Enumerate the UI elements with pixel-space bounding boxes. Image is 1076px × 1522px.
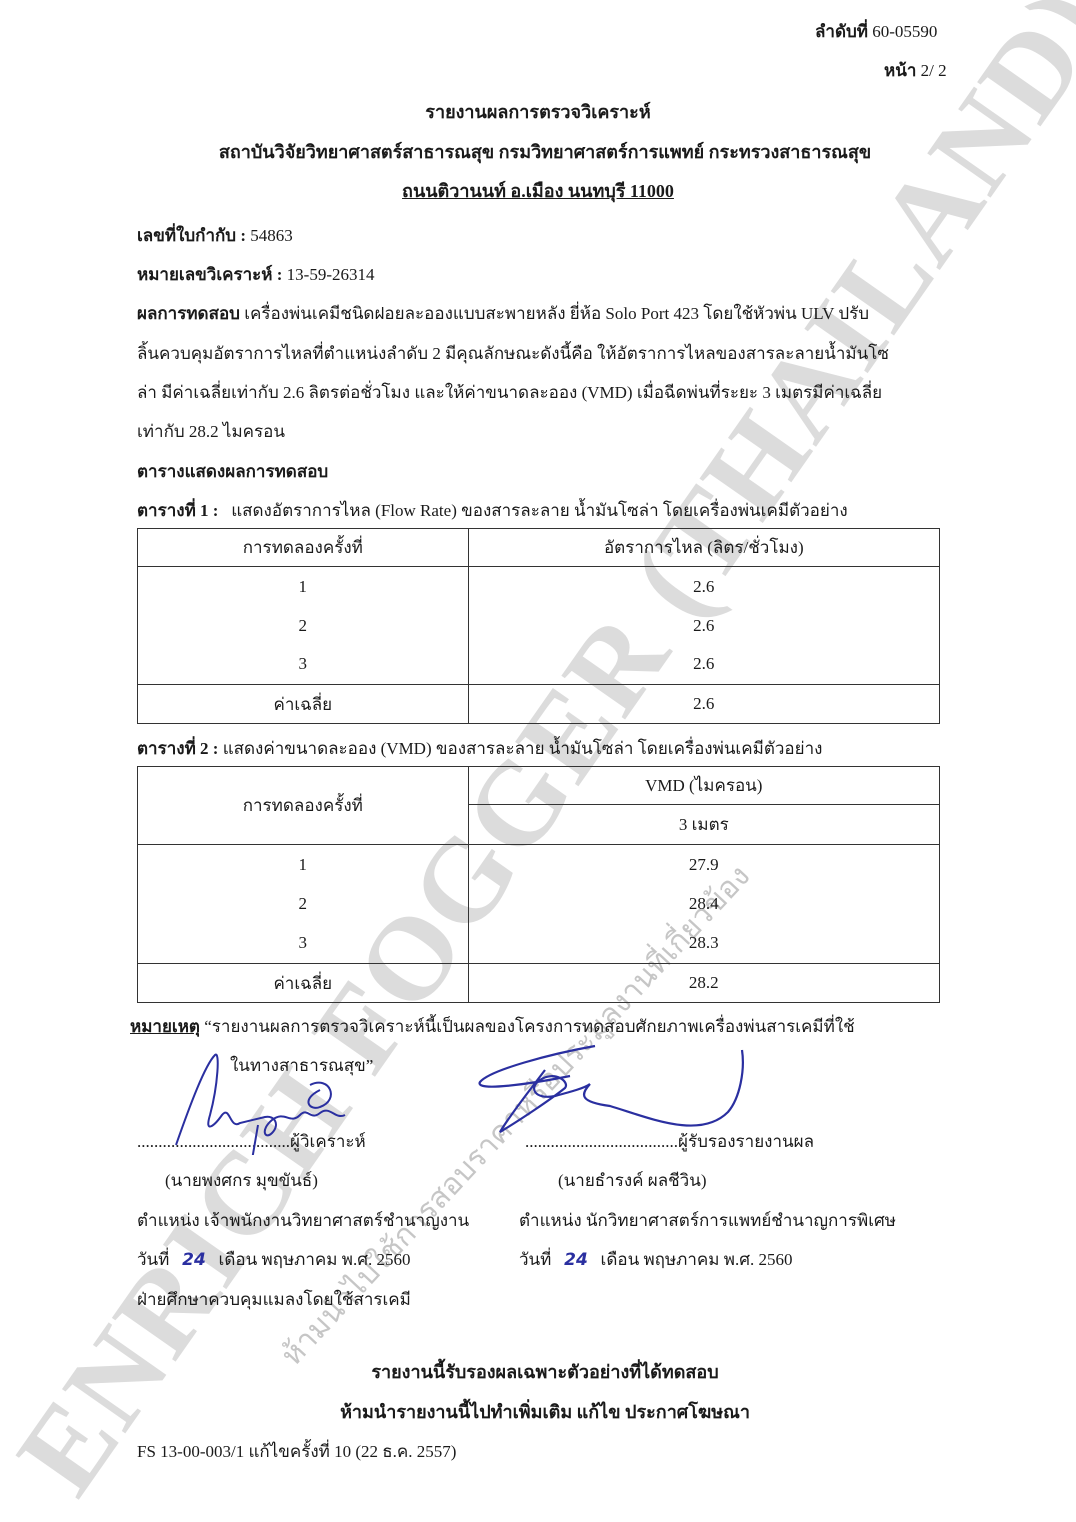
sequence-label: ลำดับที่ bbox=[815, 22, 868, 41]
analyst-date-suffix: เดือน พฤษภาคม พ.ศ. 2560 bbox=[219, 1250, 411, 1269]
table1-value: 2.6 bbox=[468, 607, 939, 645]
result-text-1: เครื่องพ่นเคมีชนิดฝอยละอองแบบสะพายหลัง ย… bbox=[244, 304, 869, 323]
table1-caption-label: ตารางที่ 1 : bbox=[137, 501, 218, 520]
table2-trial: 3 bbox=[138, 924, 469, 964]
result-line-1: ผลการทดสอบ เครื่องพ่นเคมีชนิดฝอยละอองแบบ… bbox=[137, 300, 869, 327]
report-title: รายงานผลการตรวจวิเคราะห์ bbox=[0, 97, 1076, 126]
certifier-date-day: 24 bbox=[564, 1250, 588, 1270]
table2-col1-header: การทดลองครั้งที่ bbox=[138, 767, 469, 845]
table2-value: 28.4 bbox=[468, 885, 939, 924]
analyst-position: ตำแหน่ง เจ้าพนักงานวิทยาศาสตร์ชำนาญงาน bbox=[137, 1207, 469, 1234]
table2-caption-text: แสดงค่าขนาดละออง (VMD) ของสารละลาย น้ำมั… bbox=[223, 739, 823, 758]
report-page: ENRICH FOGGER (THAILAND) CO.,LTD. ห้ามนำ… bbox=[0, 0, 1076, 1522]
note-text-1: “รายงานผลการตรวจวิเคราะห์นี้เป็นผลของโคร… bbox=[204, 1017, 854, 1036]
table-row: 2 28.4 bbox=[138, 885, 940, 924]
table-row: 3 2.6 bbox=[138, 645, 940, 685]
table1-col2-header: อัตราการไหล (ลิตร/ชั่วโมง) bbox=[468, 529, 939, 567]
table2-caption: ตารางที่ 2 : แสดงค่าขนาดละออง (VMD) ของส… bbox=[137, 735, 822, 762]
analysis-value: 13-59-26314 bbox=[287, 265, 375, 284]
vmd-table: การทดลองครั้งที่ VMD (ไมครอน) 3 เมตร 1 2… bbox=[137, 766, 940, 1003]
table2-average-row: ค่าเฉลี่ย 28.2 bbox=[138, 964, 940, 1003]
table1-avg-label: ค่าเฉลี่ย bbox=[138, 685, 469, 724]
analysis-label: หมายเลขวิเคราะห์ : bbox=[137, 265, 282, 284]
table2-avg-value: 28.2 bbox=[468, 964, 939, 1003]
flow-rate-table: การทดลองครั้งที่ อัตราการไหล (ลิตร/ชั่วโ… bbox=[137, 528, 940, 724]
table2-trial: 2 bbox=[138, 885, 469, 924]
sequence-value: 60-05590 bbox=[872, 22, 937, 41]
table1-trial: 3 bbox=[138, 645, 469, 685]
institute-name: สถาบันวิจัยวิทยาศาสตร์สาธารณสุข กรมวิทยา… bbox=[0, 137, 1076, 166]
table1-trial: 2 bbox=[138, 607, 469, 645]
analyst-date: วันที่ 24 เดือน พฤษภาคม พ.ศ. 2560 bbox=[137, 1246, 411, 1273]
analyst-signature bbox=[160, 1045, 360, 1155]
footer-certification: รายงานนี้รับรองผลเฉพาะตัวอย่างที่ได้ทดสอ… bbox=[0, 1357, 1076, 1386]
table1-trial: 1 bbox=[138, 567, 469, 607]
table2-col2-header: VMD (ไมครอน) bbox=[468, 767, 939, 805]
analyst-date-day: 24 bbox=[182, 1250, 206, 1270]
certifier-position: ตำแหน่ง นักวิทยาศาสตร์การแพทย์ชำนาญการพิ… bbox=[519, 1207, 896, 1234]
table1-col1-header: การทดลองครั้งที่ bbox=[138, 529, 469, 567]
table2-value: 28.3 bbox=[468, 924, 939, 964]
analyst-unit: ฝ่ายศึกษาควบคุมแมลงโดยใช้สารเคมี bbox=[137, 1286, 411, 1313]
table2-value: 27.9 bbox=[468, 845, 939, 885]
table-row: 3 28.3 bbox=[138, 924, 940, 964]
table-row: 1 2.6 bbox=[138, 567, 940, 607]
certifier-date: วันที่ 24 เดือน พฤษภาคม พ.ศ. 2560 bbox=[519, 1246, 793, 1273]
table1-avg-value: 2.6 bbox=[468, 685, 939, 724]
certifier-signature bbox=[470, 1040, 760, 1140]
table-row: 2 2.6 bbox=[138, 607, 940, 645]
table2-header-row: การทดลองครั้งที่ VMD (ไมครอน) bbox=[138, 767, 940, 805]
certifier-date-suffix: เดือน พฤษภาคม พ.ศ. 2560 bbox=[601, 1250, 793, 1269]
table2-caption-label: ตารางที่ 2 : bbox=[137, 739, 218, 758]
table2-avg-label: ค่าเฉลี่ย bbox=[138, 964, 469, 1003]
table1-header-row: การทดลองครั้งที่ อัตราการไหล (ลิตร/ชั่วโ… bbox=[138, 529, 940, 567]
note-label: หมายเหตุ bbox=[130, 1017, 200, 1036]
table2-trial: 1 bbox=[138, 845, 469, 885]
supervision-label: เลขที่ใบกำกับ : bbox=[137, 226, 246, 245]
analyst-date-prefix: วันที่ bbox=[137, 1250, 169, 1269]
page-value: 2/ 2 bbox=[921, 61, 947, 80]
footer-prohibition: ห้ามนำรายงานนี้ไปทำเพิ่มเติม แก้ไข ประกา… bbox=[0, 1397, 1076, 1426]
certifier-date-prefix: วันที่ bbox=[519, 1250, 551, 1269]
form-code: FS 13-00-003/1 แก้ไขครั้งที่ 10 (22 ธ.ค.… bbox=[137, 1438, 456, 1465]
result-line-3: ล่า มีค่าเฉลี่ยเท่ากับ 2.6 ลิตรต่อชั่วโม… bbox=[137, 379, 882, 406]
result-label: ผลการทดสอบ bbox=[137, 304, 240, 323]
supervision-value: 54863 bbox=[250, 226, 293, 245]
sequence-number: ลำดับที่ 60-05590 bbox=[815, 18, 937, 45]
table2-col2-subheader: 3 เมตร bbox=[468, 805, 939, 845]
table1-value: 2.6 bbox=[468, 645, 939, 685]
result-line-4: เท่ากับ 28.2 ไมครอน bbox=[137, 418, 285, 445]
table1-average-row: ค่าเฉลี่ย 2.6 bbox=[138, 685, 940, 724]
table1-value: 2.6 bbox=[468, 567, 939, 607]
note-line-1: หมายเหตุ “รายงานผลการตรวจวิเคราะห์นี้เป็… bbox=[130, 1013, 855, 1040]
table1-caption: ตารางที่ 1 : แสดงอัตราการไหล (Flow Rate)… bbox=[137, 497, 848, 524]
supervision-number: เลขที่ใบกำกับ : 54863 bbox=[137, 222, 293, 249]
institute-address: ถนนติวานนท์ อ.เมือง นนทบุรี 11000 bbox=[0, 176, 1076, 205]
page-label: หน้า bbox=[884, 61, 916, 80]
page-number: หน้า 2/ 2 bbox=[884, 57, 947, 84]
result-line-2: ลิ้นควบคุมอัตราการไหลที่ตำแหน่งลำดับ 2 ม… bbox=[137, 340, 889, 367]
certifier-name: (นายธำรงค์ ผลชีวิน) bbox=[558, 1167, 707, 1194]
table-row: 1 27.9 bbox=[138, 845, 940, 885]
analysis-number: หมายเลขวิเคราะห์ : 13-59-26314 bbox=[137, 261, 375, 288]
analyst-name: (นายพงศกร มุขขันธ์) bbox=[165, 1167, 318, 1194]
tables-heading: ตารางแสดงผลการทดสอบ bbox=[137, 458, 328, 485]
table1-caption-text: แสดงอัตราการไหล (Flow Rate) ของสารละลาย … bbox=[231, 501, 847, 520]
